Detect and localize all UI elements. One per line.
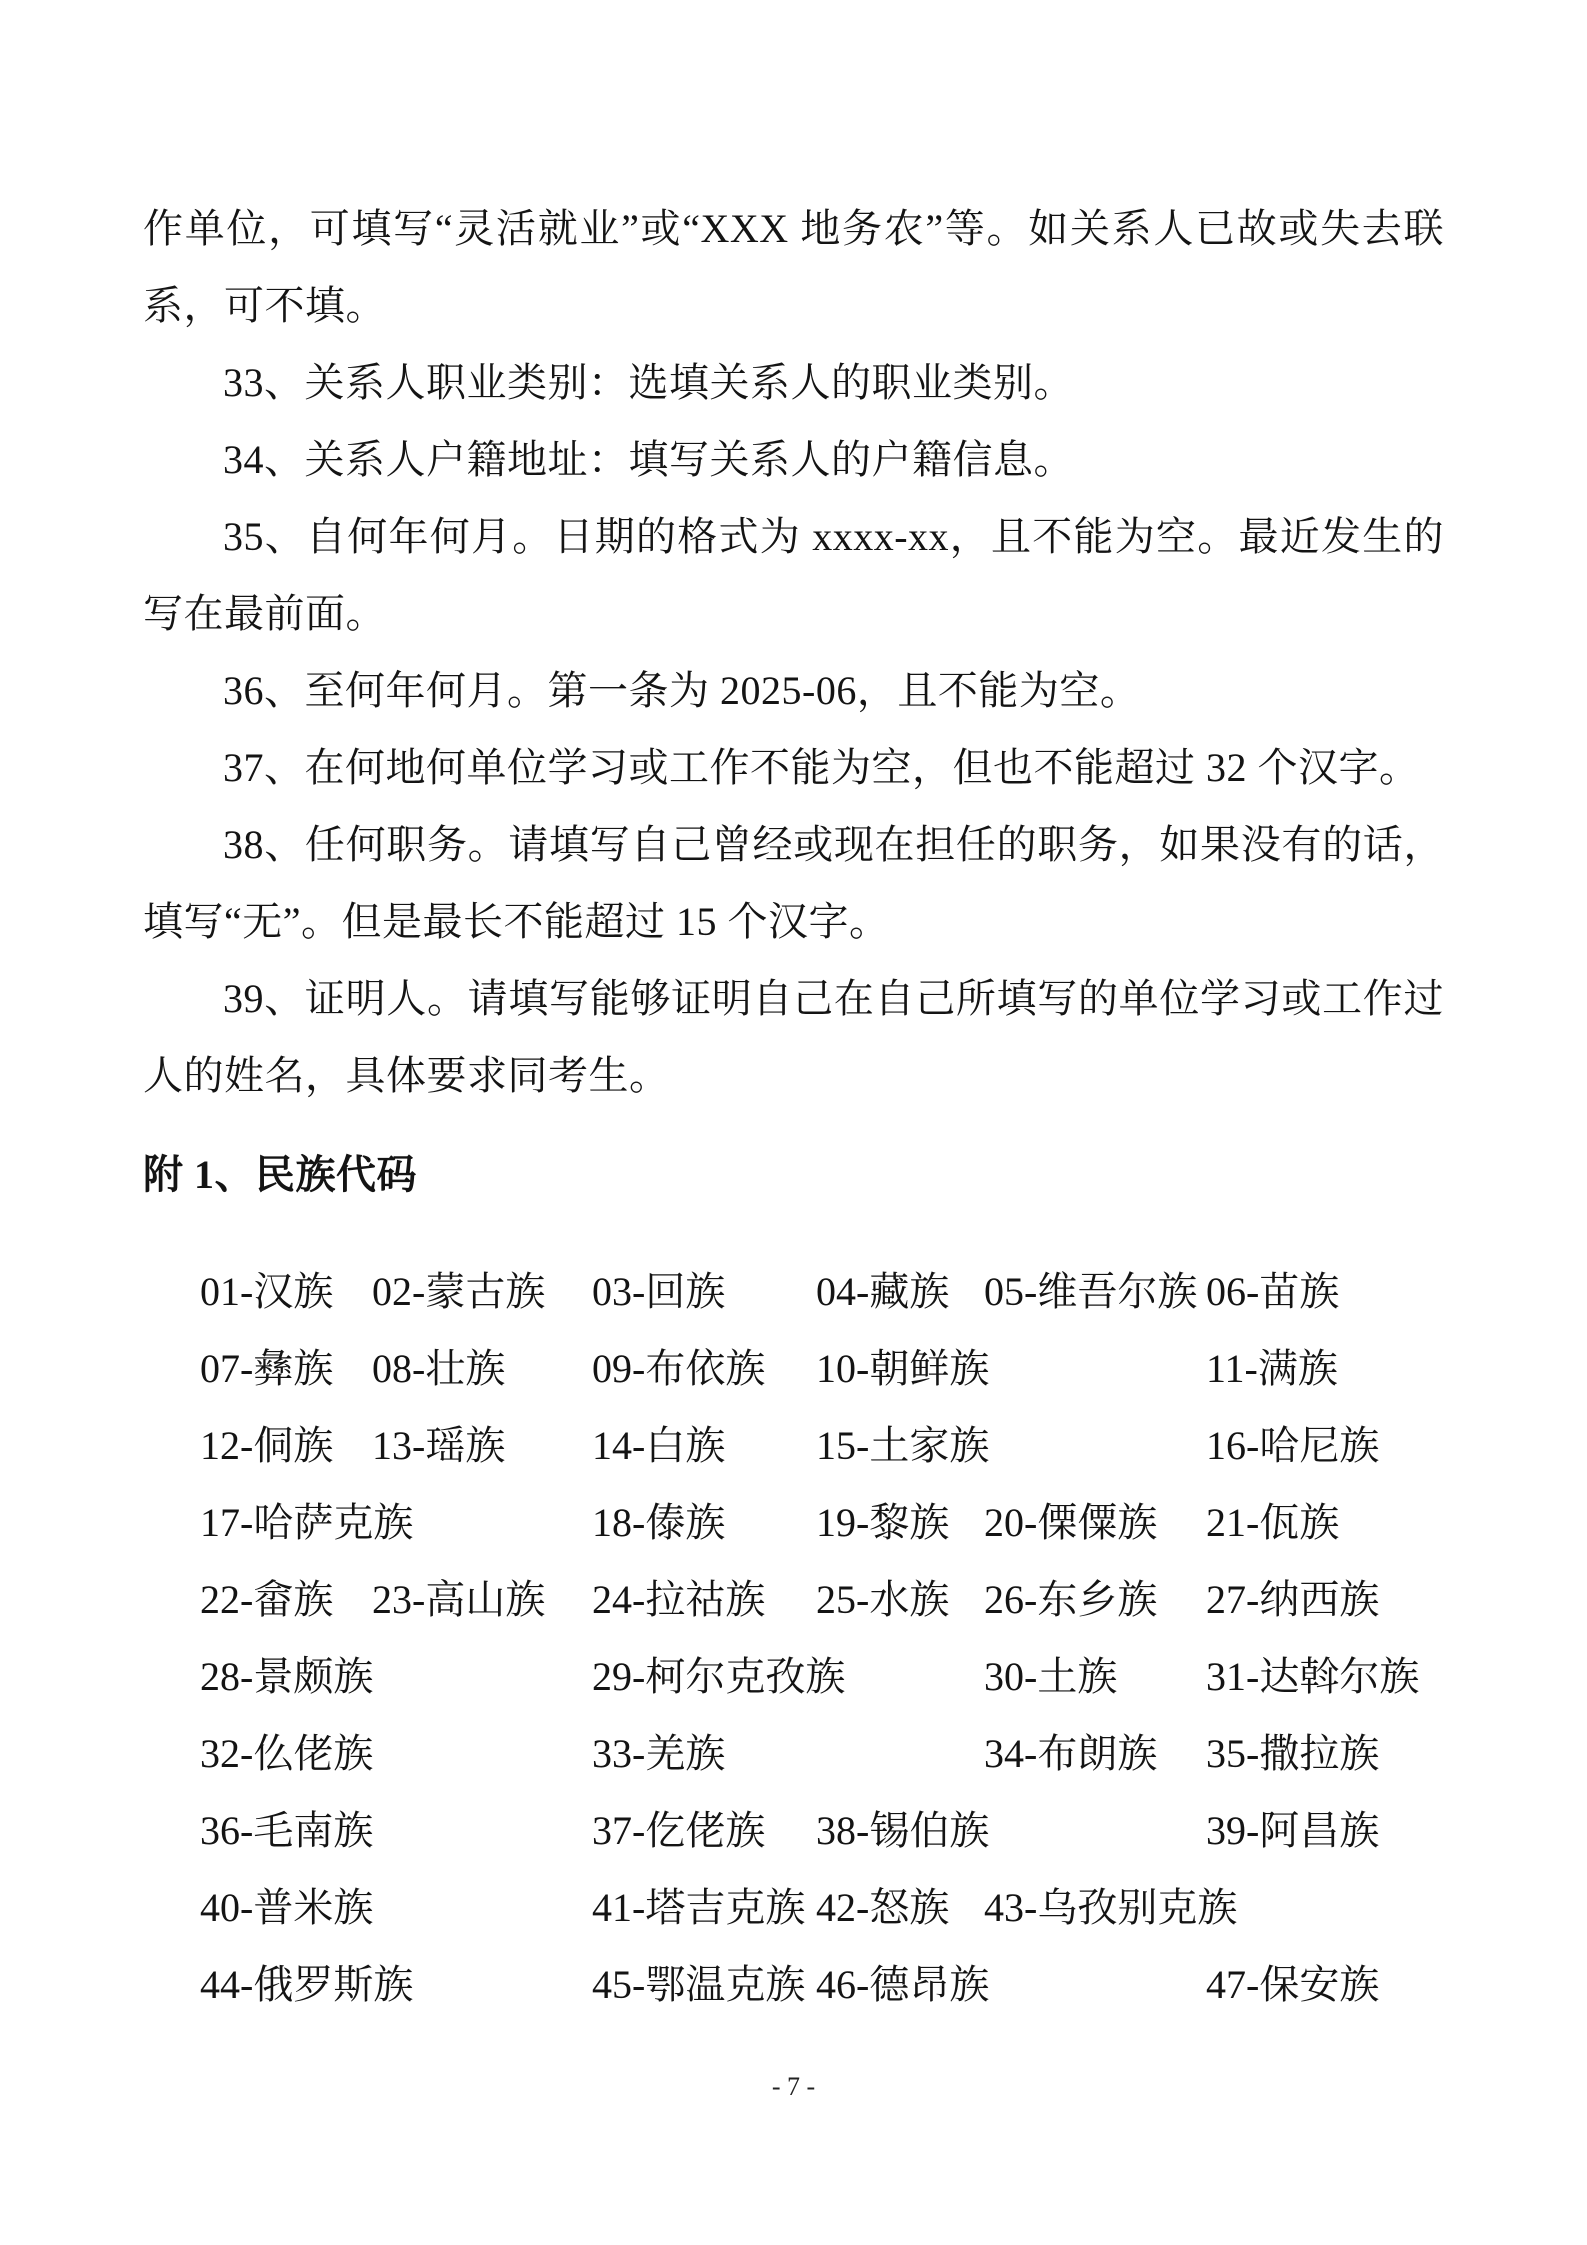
nation-code-item: 27-纳西族 — [1206, 1561, 1379, 1638]
nation-code-item: 35-撒拉族 — [1206, 1715, 1379, 1792]
nation-code-item: 36-毛南族 — [200, 1792, 373, 1869]
nation-code-item: 05-维吾尔族 — [984, 1253, 1197, 1330]
nation-code-row: 36-毛南族 37-仡佬族 38-锡伯族 39-阿昌族 — [143, 1792, 1444, 1869]
nation-code-item: 15-土家族 — [816, 1407, 989, 1484]
nation-code-row: 22-畲族 23-高山族 24-拉祜族 25-水族 26-东乡族 27-纳西族 — [143, 1561, 1444, 1638]
nation-code-item: 13-瑶族 — [372, 1407, 505, 1484]
nation-code-item: 25-水族 — [816, 1561, 949, 1638]
nation-code-row: 28-景颇族 29-柯尔克孜族 30-土族 31-达斡尔族 — [143, 1638, 1444, 1715]
nation-code-row: 12-侗族 13-瑶族 14-白族 15-土家族 16-哈尼族 — [143, 1407, 1444, 1484]
nation-code-item: 22-畲族 — [200, 1561, 333, 1638]
nation-code-item: 44-俄罗斯族 — [200, 1946, 413, 2023]
nation-code-item: 29-柯尔克孜族 — [592, 1638, 845, 1715]
nation-code-item: 06-苗族 — [1206, 1253, 1339, 1330]
nation-code-item: 01-汉族 — [200, 1253, 333, 1330]
nation-code-item: 39-阿昌族 — [1206, 1792, 1379, 1869]
nation-code-item: 09-布依族 — [592, 1330, 765, 1407]
nation-code-item: 31-达斡尔族 — [1206, 1638, 1419, 1715]
nation-code-item: 40-普米族 — [200, 1869, 373, 1946]
paragraph-item-33: 33、关系人职业类别：选填关系人的职业类别。 — [143, 344, 1444, 421]
page-number: - 7 - — [0, 2072, 1587, 2102]
nation-code-row: 44-俄罗斯族 45-鄂温克族 46-德昂族 47-保安族 — [143, 1946, 1444, 2023]
nation-codes-table: 01-汉族 02-蒙古族 03-回族 04-藏族 05-维吾尔族 06-苗族 0… — [143, 1253, 1444, 2023]
nation-code-item: 24-拉祜族 — [592, 1561, 765, 1638]
nation-code-item: 47-保安族 — [1206, 1946, 1379, 2023]
nation-code-item: 43-乌孜别克族 — [984, 1869, 1237, 1946]
paragraph-item-39: 39、证明人。请填写能够证明自己在自己所填写的单位学习或工作过人的姓名，具体要求… — [143, 960, 1444, 1114]
document-body: 作单位，可填写“灵活就业”或“XXX 地务农”等。如关系人已故或失去联系，可不填… — [143, 190, 1444, 2023]
appendix-heading: 附 1、民族代码 — [143, 1136, 1444, 1213]
nation-code-item: 08-壮族 — [372, 1330, 505, 1407]
nation-code-item: 41-塔吉克族 — [592, 1869, 805, 1946]
paragraph-item-34: 34、关系人户籍地址：填写关系人的户籍信息。 — [143, 421, 1444, 498]
nation-code-item: 33-羌族 — [592, 1715, 725, 1792]
nation-code-item: 04-藏族 — [816, 1253, 949, 1330]
nation-code-item: 42-怒族 — [816, 1869, 949, 1946]
paragraph-item-38: 38、任何职务。请填写自己曾经或现在担任的职务，如果没有的话，填写“无”。但是最… — [143, 806, 1444, 960]
nation-code-item: 14-白族 — [592, 1407, 725, 1484]
document-page: 作单位，可填写“灵活就业”或“XXX 地务农”等。如关系人已故或失去联系，可不填… — [0, 0, 1587, 2245]
nation-code-item: 11-满族 — [1206, 1330, 1338, 1407]
nation-code-item: 46-德昂族 — [816, 1946, 989, 2023]
nation-code-item: 34-布朗族 — [984, 1715, 1157, 1792]
nation-code-item: 20-傈僳族 — [984, 1484, 1157, 1561]
nation-code-item: 07-彝族 — [200, 1330, 333, 1407]
nation-code-item: 17-哈萨克族 — [200, 1484, 413, 1561]
paragraph-item-37: 37、在何地何单位学习或工作不能为空，但也不能超过 32 个汉字。 — [143, 729, 1444, 806]
nation-code-item: 02-蒙古族 — [372, 1253, 545, 1330]
nation-code-item: 19-黎族 — [816, 1484, 949, 1561]
nation-code-item: 23-高山族 — [372, 1561, 545, 1638]
paragraph-item-36: 36、至何年何月。第一条为 2025-06，且不能为空。 — [143, 652, 1444, 729]
nation-code-item: 32-仫佬族 — [200, 1715, 373, 1792]
nation-code-item: 10-朝鲜族 — [816, 1330, 989, 1407]
paragraph-item-35: 35、自何年何月。日期的格式为 xxxx-xx，且不能为空。最近发生的写在最前面… — [143, 498, 1444, 652]
nation-code-row: 17-哈萨克族 18-傣族 19-黎族 20-傈僳族 21-佤族 — [143, 1484, 1444, 1561]
paragraph-continuation: 作单位，可填写“灵活就业”或“XXX 地务农”等。如关系人已故或失去联系，可不填… — [143, 190, 1444, 344]
nation-code-item: 30-土族 — [984, 1638, 1117, 1715]
nation-code-row: 01-汉族 02-蒙古族 03-回族 04-藏族 05-维吾尔族 06-苗族 — [143, 1253, 1444, 1330]
nation-code-item: 21-佤族 — [1206, 1484, 1339, 1561]
nation-code-row: 07-彝族 08-壮族 09-布依族 10-朝鲜族 11-满族 — [143, 1330, 1444, 1407]
nation-code-row: 40-普米族 41-塔吉克族 42-怒族 43-乌孜别克族 — [143, 1869, 1444, 1946]
nation-code-row: 32-仫佬族 33-羌族 34-布朗族 35-撒拉族 — [143, 1715, 1444, 1792]
nation-code-item: 26-东乡族 — [984, 1561, 1157, 1638]
nation-code-item: 38-锡伯族 — [816, 1792, 989, 1869]
nation-code-item: 16-哈尼族 — [1206, 1407, 1379, 1484]
nation-code-item: 18-傣族 — [592, 1484, 725, 1561]
nation-code-item: 12-侗族 — [200, 1407, 333, 1484]
nation-code-item: 03-回族 — [592, 1253, 725, 1330]
nation-code-item: 45-鄂温克族 — [592, 1946, 805, 2023]
nation-code-item: 37-仡佬族 — [592, 1792, 765, 1869]
nation-code-item: 28-景颇族 — [200, 1638, 373, 1715]
